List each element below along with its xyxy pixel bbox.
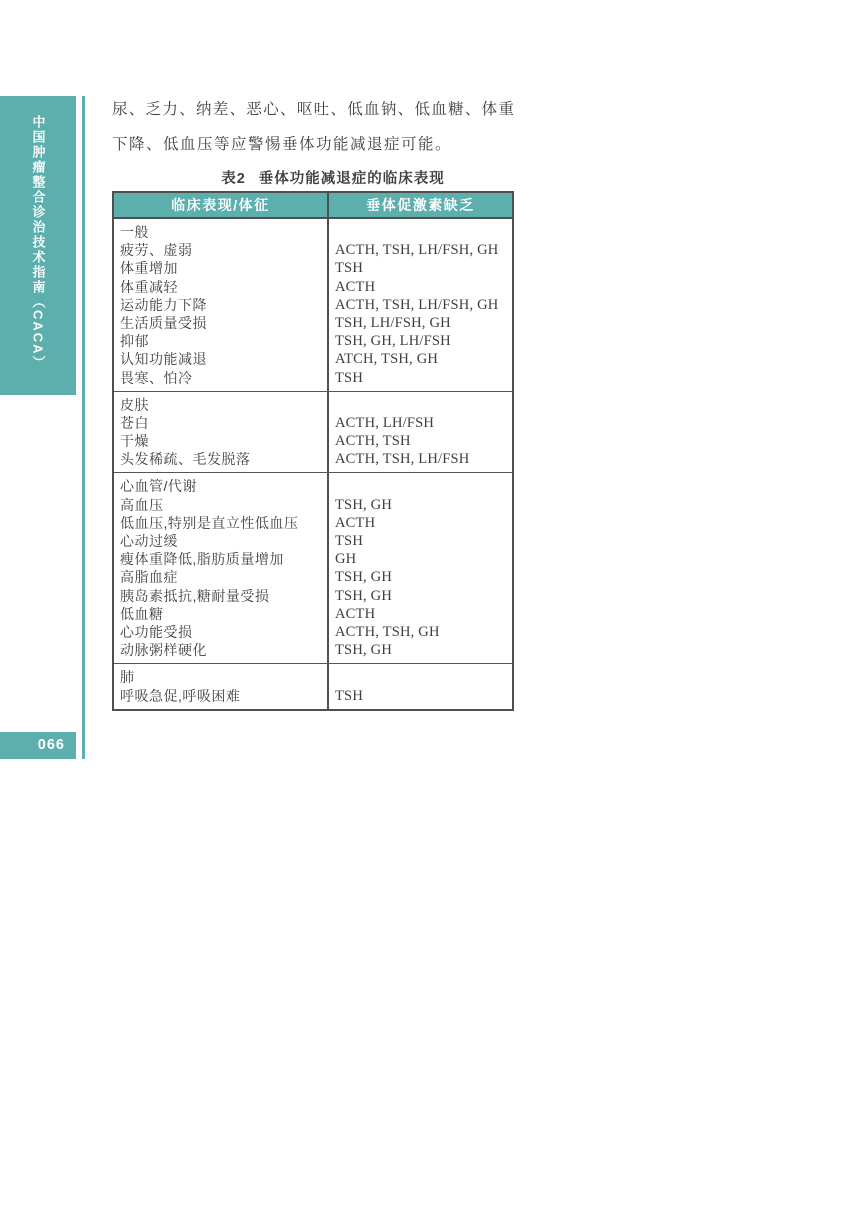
row-sign-label: 心动过缓 [120,532,327,550]
book-page: 中国肿瘤整合诊治技术指南（CACA） 066 尿、乏力、纳差、恶心、呕吐、低血钠… [0,0,867,1218]
table-body: 一般疲劳、虚弱体重增加体重减轻运动能力下降生活质量受损抑郁认知功能减退畏寒、怕冷… [114,219,512,709]
column-header-hormone-deficiency: 垂体促激素缺乏 [329,193,512,217]
row-hormone-value: ACTH, LH/FSH [335,414,512,432]
table-section: 一般疲劳、虚弱体重增加体重减轻运动能力下降生活质量受损抑郁认知功能减退畏寒、怕冷… [114,219,512,391]
row-hormone-value: GH [335,550,512,568]
row-sign-label: 生活质量受损 [120,314,327,332]
row-sign-label: 抑郁 [120,332,327,350]
row-sign-label: 苍白 [120,414,327,432]
row-hormone-value: ACTH, TSH, LH/FSH [335,450,512,468]
row-sign-label: 胰岛素抵抗,糖耐量受损 [120,587,327,605]
row-sign-label: 低血压,特别是直立性低血压 [120,514,327,532]
table-section: 心血管/代谢高血压低血压,特别是直立性低血压心动过缓瘦体重降低,脂肪质量增加高脂… [114,472,512,663]
row-sign-label: 高脂血症 [120,568,327,586]
row-sign-label: 疲劳、虚弱 [120,241,327,259]
table-label: 表2 [221,171,246,187]
row-sign-label: 呼吸急促,呼吸困难 [120,687,327,705]
row-sign-label: 动脉粥样硬化 [120,641,327,659]
row-hormone-value: TSH [335,687,512,705]
page-number: 066 [38,737,65,753]
row-hormone-value: ACTH [335,514,512,532]
row-sign-label: 干燥 [120,432,327,450]
row-hormone-value: TSH, GH [335,587,512,605]
row-sign-label: 头发稀疏、毛发脱落 [120,450,327,468]
row-hormone-value: TSH [335,532,512,550]
page-number-badge: 066 [0,732,76,759]
row-sign-label: 心功能受损 [120,623,327,641]
row-hormone-value [335,396,512,414]
table-title-text: 垂体功能减退症的临床表现 [259,171,445,187]
row-hormone-value [335,668,512,686]
row-hormone-value: TSH, GH [335,641,512,659]
row-hormone-value: ACTH, TSH [335,432,512,450]
row-hormone-value: ACTH [335,605,512,623]
section-signs-cell: 皮肤苍白干燥头发稀疏、毛发脱落 [114,392,329,473]
row-hormone-value: TSH [335,259,512,277]
row-sign-label: 肺 [120,668,327,686]
row-sign-label: 高血压 [120,496,327,514]
row-hormone-value: TSH, GH [335,568,512,586]
section-hormones-cell: TSH [329,664,512,708]
section-signs-cell: 一般疲劳、虚弱体重增加体重减轻运动能力下降生活质量受损抑郁认知功能减退畏寒、怕冷 [114,219,329,391]
row-hormone-value: ACTH, TSH, LH/FSH, GH [335,296,512,314]
section-signs-cell: 肺呼吸急促,呼吸困难 [114,664,329,708]
section-hormones-cell: ACTH, TSH, LH/FSH, GHTSHACTHACTH, TSH, L… [329,219,512,391]
sidebar-title: 中国肿瘤整合诊治技术指南（CACA） [32,115,45,395]
row-hormone-value: ACTH, TSH, GH [335,623,512,641]
row-hormone-value: ATCH, TSH, GH [335,350,512,368]
table-section: 肺呼吸急促,呼吸困难 TSH [114,663,512,708]
paragraph-line-2: 下降、低血压等应警惕垂体功能减退症可能。 [112,135,514,155]
row-hormone-value [335,477,512,495]
section-hormones-cell: TSH, GHACTHTSHGHTSH, GHTSH, GHACTHACTH, … [329,473,512,663]
row-sign-label: 体重增加 [120,259,327,277]
row-sign-label: 一般 [120,223,327,241]
table-caption: 表2垂体功能减退症的临床表现 [132,167,534,188]
row-hormone-value: ACTH, TSH, LH/FSH, GH [335,241,512,259]
row-hormone-value: TSH, GH [335,496,512,514]
row-hormone-value: ACTH [335,278,512,296]
row-sign-label: 畏寒、怕冷 [120,369,327,387]
row-sign-label: 低血糖 [120,605,327,623]
row-sign-label: 皮肤 [120,396,327,414]
row-hormone-value: TSH, GH, LH/FSH [335,332,512,350]
row-hormone-value: TSH [335,369,512,387]
column-header-clinical-sign: 临床表现/体征 [114,193,329,217]
row-sign-label: 运动能力下降 [120,296,327,314]
row-sign-label: 瘦体重降低,脂肪质量增加 [120,550,327,568]
row-sign-label: 认知功能减退 [120,350,327,368]
table-section: 皮肤苍白干燥头发稀疏、毛发脱落 ACTH, LH/FSHACTH, TSHACT… [114,391,512,473]
clinical-manifestations-table: 临床表现/体征 垂体促激素缺乏 一般疲劳、虚弱体重增加体重减轻运动能力下降生活质… [112,191,514,711]
sidebar-title-block: 中国肿瘤整合诊治技术指南（CACA） [0,96,76,395]
row-sign-label: 体重减轻 [120,278,327,296]
row-sign-label: 心血管/代谢 [120,477,327,495]
row-hormone-value [335,223,512,241]
section-signs-cell: 心血管/代谢高血压低血压,特别是直立性低血压心动过缓瘦体重降低,脂肪质量增加高脂… [114,473,329,663]
section-hormones-cell: ACTH, LH/FSHACTH, TSHACTH, TSH, LH/FSH [329,392,512,473]
row-hormone-value: TSH, LH/FSH, GH [335,314,512,332]
paragraph-line-1: 尿、乏力、纳差、恶心、呕吐、低血钠、低血糖、体重 [112,100,514,120]
sidebar-rule [82,96,85,759]
table-header-row: 临床表现/体征 垂体促激素缺乏 [114,193,512,219]
